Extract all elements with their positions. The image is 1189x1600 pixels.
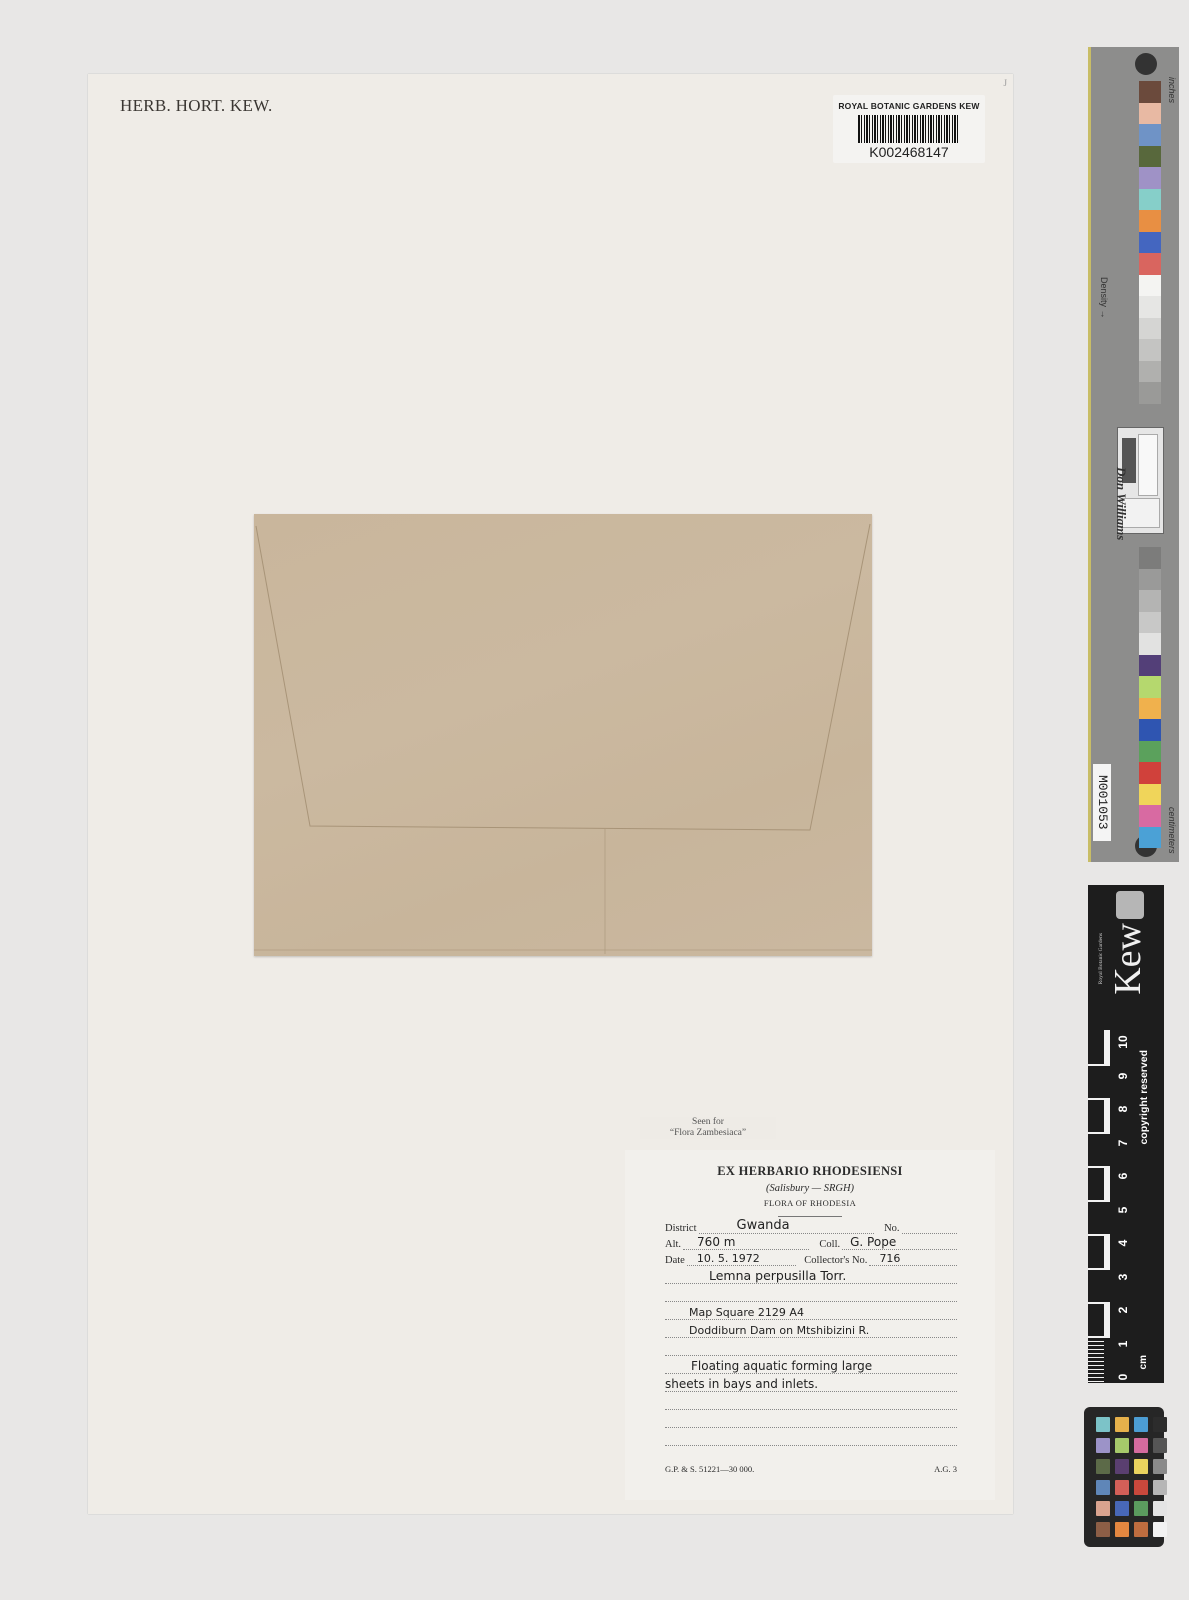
color-swatch [1139, 318, 1161, 340]
cm-scale-numbers: 109876543210 [1114, 1035, 1132, 1375]
color-swatch [1139, 361, 1161, 383]
taxon-line: Lemna perpusilla Torr. [665, 1266, 957, 1284]
ruler-inches-label: inches [1167, 77, 1177, 103]
color-checker-swatch [1096, 1522, 1110, 1537]
notes-line-1: Floating aquatic forming large [665, 1356, 957, 1374]
color-checker-swatch [1096, 1480, 1110, 1495]
color-swatch [1139, 103, 1161, 125]
color-swatch [1139, 633, 1161, 655]
blank-line [665, 1428, 957, 1446]
district-label: District [665, 1223, 697, 1234]
color-swatch [1139, 81, 1161, 103]
notes-line-2: sheets in bays and inlets. [665, 1374, 957, 1392]
cm-tick-label: 0 [1116, 1368, 1130, 1386]
color-checker-swatch [1153, 1459, 1167, 1474]
color-swatch [1139, 275, 1161, 297]
seen-for-line1: Seen for [640, 1117, 776, 1128]
district-value: Gwanda [737, 1218, 790, 1233]
ruler-hole-icon [1135, 53, 1157, 75]
collectors-no-label: Collector's No. [804, 1255, 867, 1266]
locality-line-1: Map Square 2129 A4 [665, 1302, 957, 1320]
district-row: District Gwanda No. [665, 1218, 957, 1234]
locality-line-2: Doddiburn Dam on Mtshibizini R. [665, 1320, 957, 1338]
color-swatch [1139, 547, 1161, 569]
cm-tick-label: 1 [1116, 1335, 1130, 1353]
cm-tick-label: 8 [1116, 1100, 1130, 1118]
footer-print-code: G.P. & S. 51221—30 000. [665, 1464, 754, 1474]
locality-text-1: Map Square 2129 A4 [689, 1306, 804, 1319]
coll-value: G. Pope [850, 1235, 896, 1249]
color-checker-swatch [1115, 1459, 1129, 1474]
date-row: Date 10. 5. 1972 Collector's No. 716 [665, 1250, 957, 1266]
color-checker-swatch [1134, 1438, 1148, 1453]
notes-text-1: Floating aquatic forming large [691, 1359, 872, 1373]
notes-text-2: sheets in bays and inlets. [665, 1377, 818, 1391]
locality-text-2: Doddiburn Dam on Mtshibizini R. [689, 1324, 869, 1337]
barcode-label: ROYAL BOTANIC GARDENS KEW K002468147 [833, 95, 985, 163]
color-checker-swatch [1096, 1501, 1110, 1516]
color-swatch [1139, 232, 1161, 254]
color-checker-swatch [1115, 1417, 1129, 1432]
label-flora: FLORA OF RHODESIA [625, 1198, 995, 1208]
color-checker-swatch [1153, 1522, 1167, 1537]
blank-line [665, 1338, 957, 1356]
color-swatch [1139, 296, 1161, 318]
color-swatch [1139, 189, 1161, 211]
copyright-text: copyright reserved [1138, 1050, 1150, 1145]
herbarium-title: HERB. HORT. KEW. [120, 96, 273, 116]
seen-for-line2: “Flora Zambesiaca” [640, 1128, 776, 1139]
specimen-envelope[interactable] [254, 514, 872, 956]
barcode-number: K002468147 [833, 144, 985, 160]
color-checker-swatch [1153, 1438, 1167, 1453]
label-subheading: (Salisbury — SRGH) [625, 1183, 995, 1194]
collectors-no-value: 716 [879, 1252, 900, 1265]
cm-tick-label: 3 [1116, 1268, 1130, 1286]
barcode-organization: ROYAL BOTANIC GARDENS KEW [833, 101, 985, 111]
kew-crest-icon [1116, 891, 1144, 919]
cm-tick-label: 6 [1116, 1167, 1130, 1185]
color-swatch [1139, 762, 1161, 784]
no-label: No. [884, 1223, 899, 1234]
color-checker-swatch [1153, 1501, 1167, 1516]
color-checker-swatch [1153, 1417, 1167, 1432]
color-checker-swatch [1115, 1522, 1129, 1537]
cm-tick-label: 9 [1116, 1067, 1130, 1085]
cm-tick-label: 10 [1116, 1033, 1130, 1051]
color-checker-swatch [1134, 1459, 1148, 1474]
kew-logo-subtitle: Royal Botanic Gardens [1098, 933, 1104, 984]
seen-for-stamp: Seen for “Flora Zambesiaca” [640, 1117, 776, 1139]
color-swatch [1139, 676, 1161, 698]
color-checker-swatch [1115, 1480, 1129, 1495]
barcode-icon [858, 115, 960, 143]
color-checker-card [1084, 1407, 1164, 1547]
color-swatch [1139, 146, 1161, 168]
blank-line [665, 1410, 957, 1428]
color-swatch [1139, 655, 1161, 677]
color-swatch [1139, 382, 1161, 404]
ruler-bottom-swatches [1139, 547, 1161, 848]
color-checker-swatch [1134, 1480, 1148, 1495]
label-fields: District Gwanda No. Alt. 760 m Coll. G. … [665, 1218, 957, 1446]
color-swatch [1139, 805, 1161, 827]
ruler-centimeters-label: centimeters [1167, 807, 1177, 854]
cm-scale [1088, 1030, 1110, 1383]
cm-tick-label: 2 [1116, 1301, 1130, 1319]
label-heading: EX HERBARIO RHODESIENSI [625, 1164, 995, 1179]
color-swatch [1139, 698, 1161, 720]
blank-line [665, 1284, 957, 1302]
color-checker-swatch [1096, 1438, 1110, 1453]
cm-tick-label: 7 [1116, 1134, 1130, 1152]
color-checker-swatch [1096, 1417, 1110, 1432]
alt-label: Alt. [665, 1239, 681, 1250]
date-value: 10. 5. 1972 [697, 1252, 760, 1265]
alt-value: 760 m [697, 1235, 735, 1249]
color-checker-swatch [1115, 1501, 1129, 1516]
color-swatch [1139, 719, 1161, 741]
color-swatch [1139, 741, 1161, 763]
color-swatch [1139, 827, 1161, 849]
ruler-id-label: M001053 [1093, 764, 1111, 841]
coll-label: Coll. [819, 1239, 840, 1250]
ruler-top-swatches [1139, 81, 1161, 404]
blank-line [665, 1392, 957, 1410]
date-label: Date [665, 1255, 685, 1266]
label-divider [778, 1216, 842, 1217]
color-checker-swatch [1134, 1522, 1148, 1537]
specimen-label: EX HERBARIO RHODESIENSI (Salisbury — SRG… [625, 1150, 995, 1500]
color-checker-swatch [1096, 1459, 1110, 1474]
color-swatch [1139, 784, 1161, 806]
color-swatch [1139, 612, 1161, 634]
color-swatch [1139, 590, 1161, 612]
color-swatch [1139, 253, 1161, 275]
footer-form-code: A.G. 3 [934, 1464, 957, 1474]
kew-scale-bar: Kew Royal Botanic Gardens 109876543210 c… [1088, 885, 1164, 1383]
ruler-density-label: Density → [1099, 277, 1109, 319]
color-swatch [1139, 167, 1161, 189]
color-swatch [1139, 569, 1161, 591]
kew-logo: Kew [1106, 923, 1150, 995]
color-checker-swatch [1134, 1417, 1148, 1432]
cm-tick-label: 5 [1116, 1201, 1130, 1219]
color-swatch [1139, 124, 1161, 146]
taxon-name: Lemna perpusilla Torr. [709, 1268, 846, 1283]
color-checker-swatch [1134, 1501, 1148, 1516]
color-swatch [1139, 210, 1161, 232]
label-footer: G.P. & S. 51221—30 000. A.G. 3 [665, 1464, 957, 1474]
cm-unit: cm [1138, 1355, 1149, 1369]
alt-row: Alt. 760 m Coll. G. Pope [665, 1234, 957, 1250]
ruler-brand: Don Williams [1113, 467, 1129, 540]
color-checker-swatch [1115, 1438, 1129, 1453]
color-calibration-ruler: inches Density → Don Williams M001053 ce… [1088, 47, 1179, 862]
color-swatch [1139, 339, 1161, 361]
cm-tick-label: 4 [1116, 1234, 1130, 1252]
envelope-flap-icon [254, 514, 872, 956]
corner-mark: J [1003, 78, 1007, 88]
color-checker-swatch [1153, 1480, 1167, 1495]
